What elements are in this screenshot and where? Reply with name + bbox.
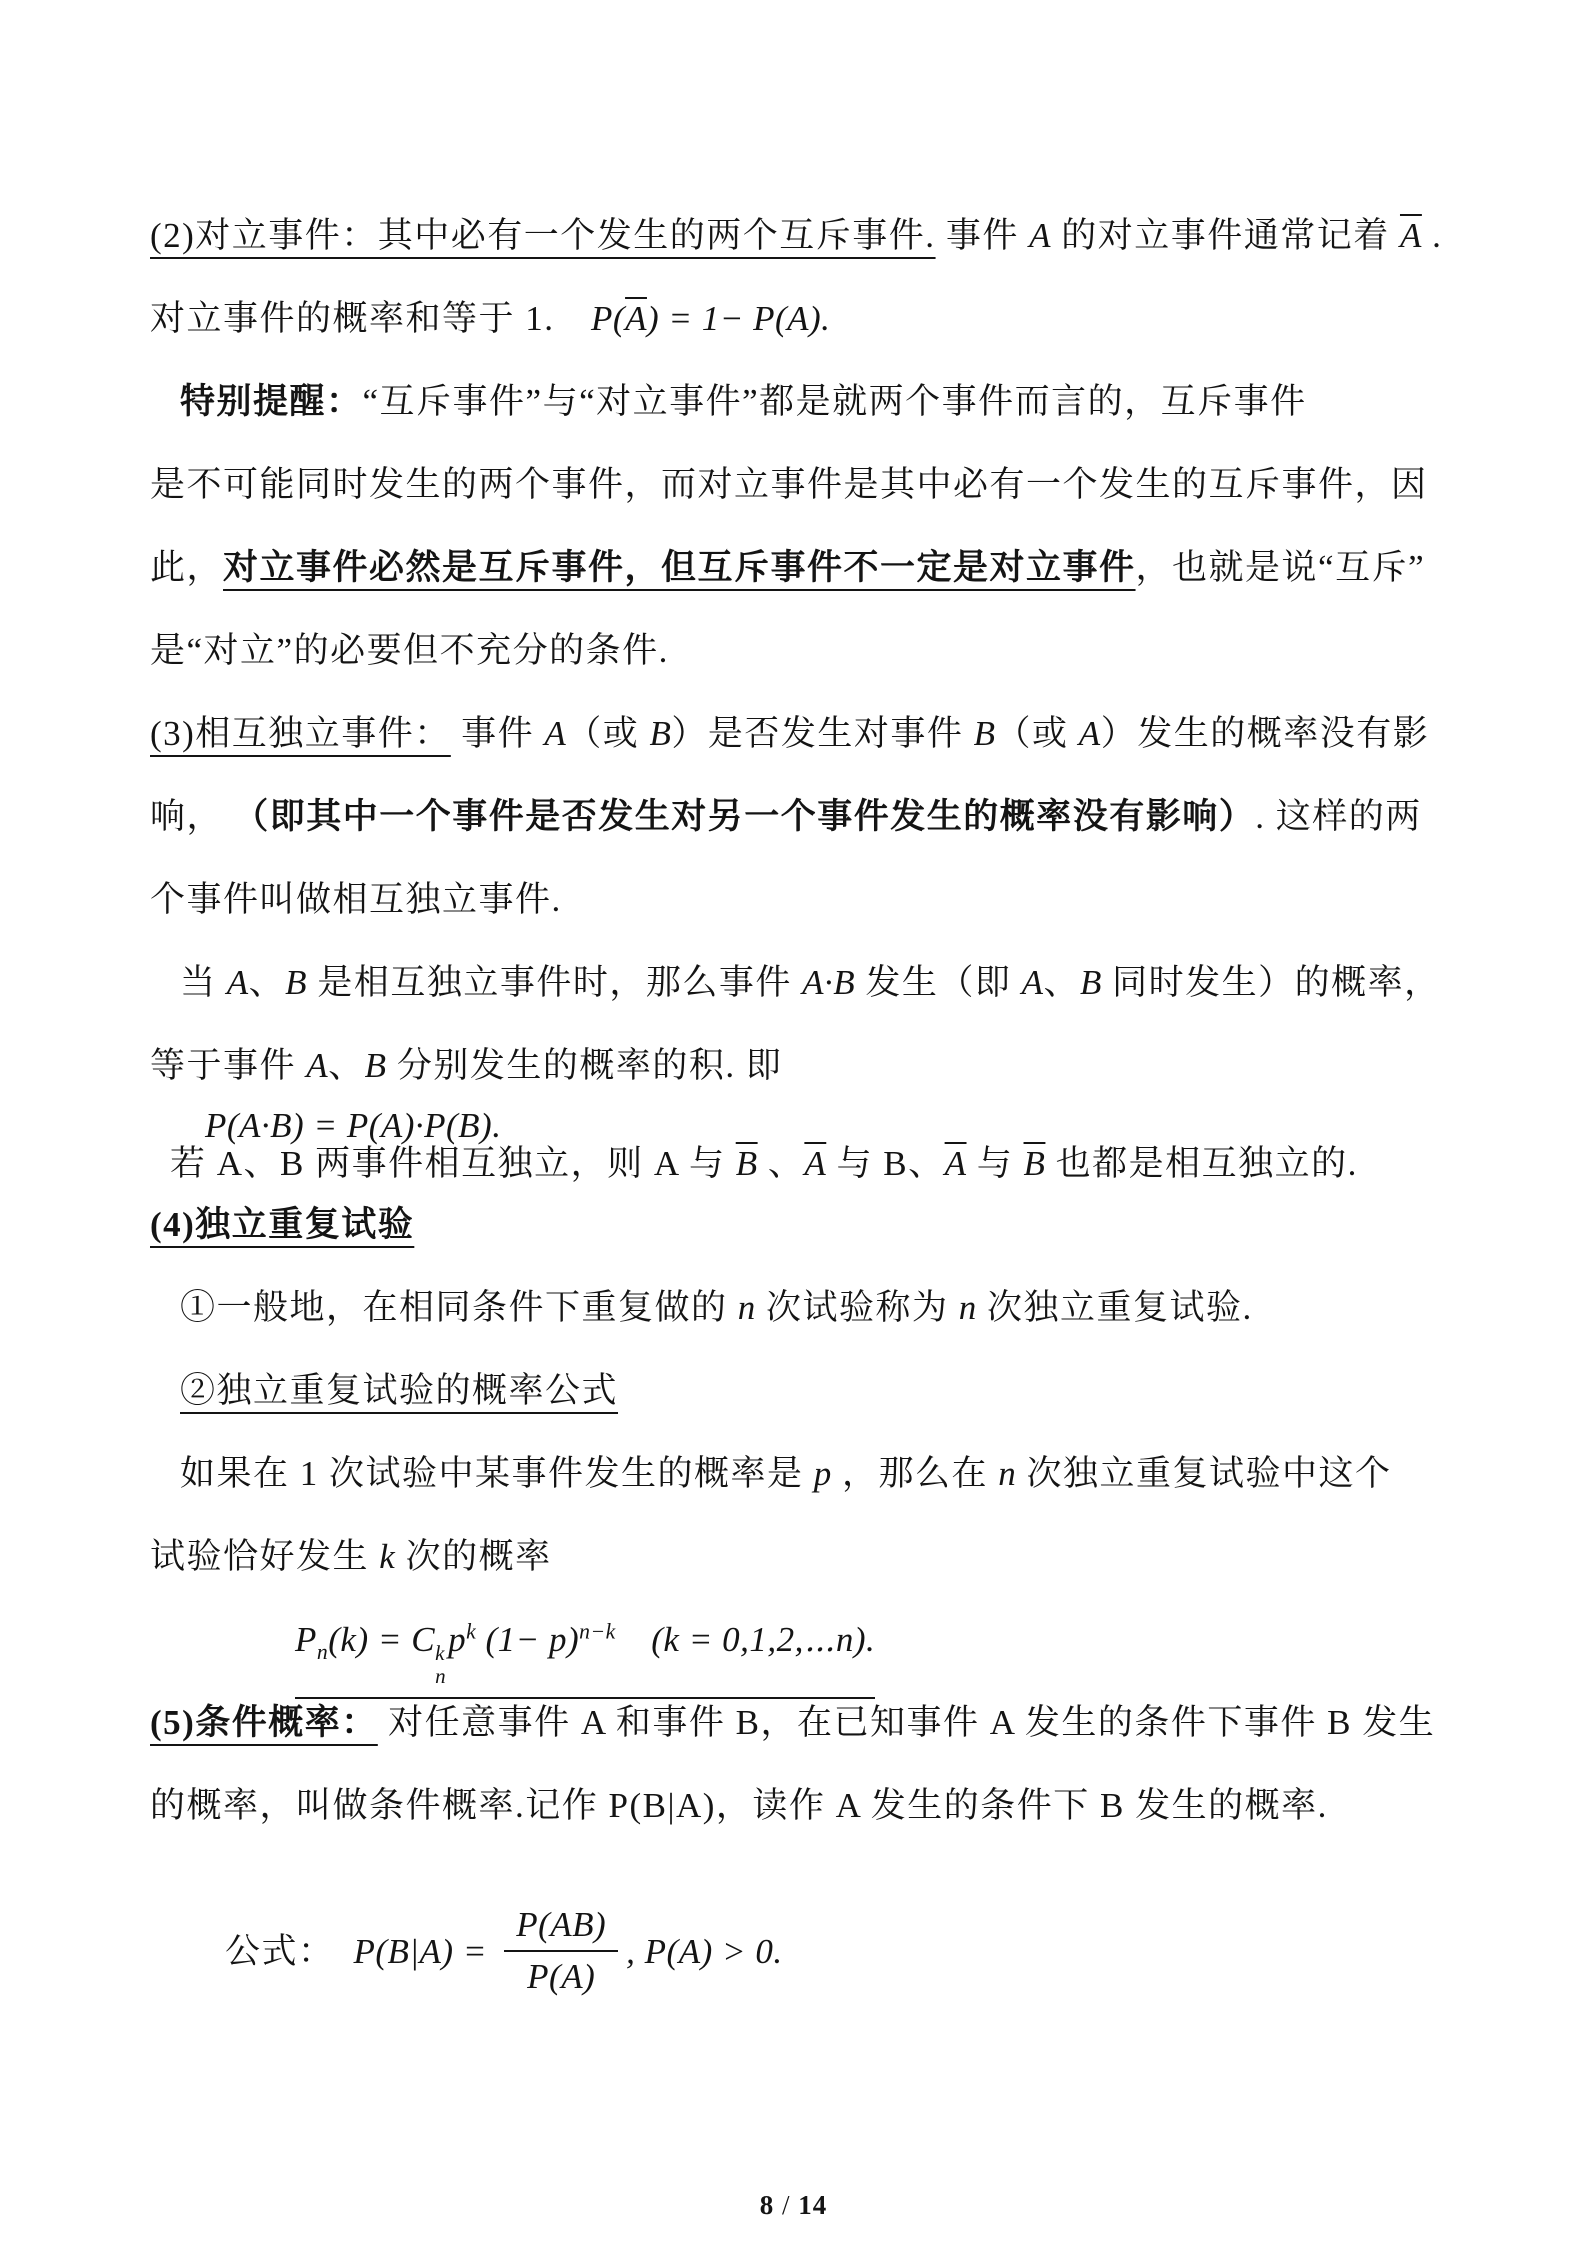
- document-body: (2)对立事件：其中必有一个发生的两个互斥事件. 事件 A 的对立事件通常记着 …: [150, 194, 1477, 2027]
- line-special-reminder-2: 是不可能同时发生的两个事件，而对立事件是其中必有一个发生的互斥事件，因: [150, 443, 1477, 526]
- text-run: A: [1400, 216, 1422, 255]
- text-run: C: [411, 1620, 435, 1659]
- text-run: 、: [328, 1046, 365, 1085]
- line-special-reminder-3: 此，对立事件必然是互斥事件，但互斥事件不一定是对立事件，也就是说“互斥”: [150, 526, 1477, 609]
- text-run: A·B: [802, 963, 855, 1002]
- text-run: .: [1422, 216, 1443, 255]
- text-run: P(: [591, 299, 625, 338]
- text-run: p: [448, 1620, 466, 1659]
- text-run: 是不可能同时发生的两个事件，而对立事件是其中必有一个发生的互斥事件，因: [150, 465, 1428, 504]
- text-run: A: [227, 963, 249, 1002]
- text-run: (5)条件概率：: [150, 1703, 378, 1742]
- text-run: n−k: [579, 1619, 616, 1643]
- text-run: ，那么在: [832, 1454, 999, 1493]
- text-run: 响，: [150, 797, 233, 836]
- text-run: 同时发生）的概率，: [1102, 963, 1441, 1002]
- fraction-numerator: P(AB): [504, 1903, 618, 1952]
- fraction-denominator: P(A): [504, 1952, 618, 1999]
- text-run: ②独立重复试验的概率公式: [180, 1371, 618, 1410]
- line-repeated-trials-2: ②独立重复试验的概率公式: [150, 1349, 1477, 1432]
- text-run: (3)相互独立事件：: [150, 714, 451, 753]
- line-opposite-event-def: (2)对立事件：其中必有一个发生的两个互斥事件. 事件 A 的对立事件通常记着 …: [150, 194, 1477, 277]
- text-run: ) =: [356, 1620, 411, 1659]
- text-run: 次独立重复试验中这个: [1016, 1454, 1391, 1493]
- text-run: p: [549, 1620, 567, 1659]
- text-run: ①一般地，在相同条件下重复做的: [180, 1288, 738, 1327]
- page-number-total: 14: [798, 2190, 827, 2220]
- fraction: P(AB)P(A): [504, 1903, 618, 1999]
- line-formula-conditional: 公式： P(B|A) = P(AB)P(A), P(A) > 0.: [150, 1877, 1477, 2027]
- text-run: k: [340, 1620, 356, 1659]
- text-run: 对立事件的概率和等于 1.: [150, 299, 591, 338]
- page-footer: 8 / 14: [0, 2190, 1587, 2221]
- line-independent-product-1: 当 A、B 是相互独立事件时，那么事件 A·B 发生（即 A、B 同时发生）的概…: [150, 941, 1477, 1024]
- text-run: 分别发生的概率的积. 即: [387, 1046, 783, 1085]
- text-run: （即其中一个事件是否发生对另一个事件发生的概率没有影响）: [233, 797, 1255, 836]
- text-run: 次独立重复试验.: [977, 1288, 1253, 1327]
- text-run: p: [814, 1454, 832, 1493]
- text-run: , P(A) > 0.: [626, 1932, 782, 1971]
- text-run: 特别提醒：: [180, 382, 363, 421]
- text-run: （或: [566, 714, 649, 753]
- text-run: 对任意事件 A 和事件 B，在已知事件 A 发生的条件下事件 B 发生: [378, 1703, 1435, 1742]
- text-run: B: [365, 1046, 387, 1085]
- line-repeated-trials-3: 如果在 1 次试验中某事件发生的概率是 p ，那么在 n 次独立重复试验中这个: [150, 1432, 1477, 1515]
- text-run: 如果在 1 次试验中某事件发生的概率是: [180, 1454, 814, 1493]
- text-run: . 这样的两: [1255, 797, 1422, 836]
- text-run: A: [787, 299, 809, 338]
- text-run: A: [306, 1046, 328, 1085]
- text-run: 是“对立”的必要但不充分的条件.: [150, 631, 669, 670]
- line-independent-event-def-1: (3)相互独立事件： 事件 A（或 B）是否发生对事件 B（或 A）发生的概率没…: [150, 692, 1477, 775]
- text-run: n: [998, 1454, 1016, 1493]
- text-run: ，也就是说“互斥”: [1136, 548, 1426, 587]
- text-run: A: [625, 299, 647, 338]
- text-run: P(A·B) = P(A)·P(B).: [205, 1106, 501, 1145]
- text-run: 与 B、: [826, 1144, 944, 1183]
- text-run: 、: [758, 1144, 805, 1183]
- text-run: 此，: [150, 548, 223, 587]
- text-run: (1−: [476, 1620, 549, 1659]
- text-run: B: [1080, 963, 1102, 1002]
- text-run: k: [663, 1620, 679, 1659]
- text-run: B: [736, 1144, 758, 1183]
- line-formula-product: P(A·B) = P(A)·P(B).: [150, 1107, 1477, 1145]
- line-conditional-prob-2: 的概率，叫做条件概率.记作 P(B|A)，读作 A 发生的条件下 B 发生的概率…: [150, 1764, 1477, 1847]
- text-run: P: [295, 1620, 317, 1659]
- text-run: 试验恰好发生: [150, 1537, 379, 1576]
- text-run: 发生（即: [855, 963, 1022, 1002]
- stack-superscript: k: [435, 1642, 446, 1665]
- text-run: 次的概率: [395, 1537, 551, 1576]
- text-run: A: [804, 1144, 826, 1183]
- text-run: n: [738, 1288, 756, 1327]
- text-run: ): [567, 1620, 579, 1659]
- text-run: B: [285, 963, 307, 1002]
- text-run: 、: [1044, 963, 1081, 1002]
- text-run: 公式：: [225, 1932, 354, 1971]
- text-run: B: [649, 714, 671, 753]
- text-run: 若 A、B 两事件相互独立，则 A 与: [170, 1144, 736, 1183]
- text-run: 个事件叫做相互独立事件.: [150, 880, 562, 919]
- line-independent-product-2: 等于事件 A、B 分别发生的概率的积. 即: [150, 1024, 1477, 1107]
- text-run: 与: [967, 1144, 1024, 1183]
- line-formula-binomial: Pn(k) = Cknpk (1− p)n−k (k = 0,1,2,⋯n).: [150, 1598, 1477, 1681]
- line-conditional-prob-1: (5)条件概率： 对任意事件 A 和事件 B，在已知事件 A 发生的条件下事件 …: [150, 1681, 1477, 1764]
- text-run: ）是否发生对事件: [671, 714, 973, 753]
- text-run: 当: [180, 963, 227, 1002]
- line-independent-event-def-3: 个事件叫做相互独立事件.: [150, 858, 1477, 941]
- text-run: （或: [996, 714, 1079, 753]
- text-run: 的概率，叫做条件概率.记作 P(B|A)，读作 A 发生的条件下 B 发生的概率…: [150, 1786, 1328, 1825]
- text-run: 对立事件必然是互斥事件，但互斥事件不一定是对立事件: [223, 548, 1136, 587]
- line-repeated-trials-heading: (4)独立重复试验: [150, 1183, 1477, 1266]
- text-run: ).: [809, 299, 830, 338]
- text-run: n: [836, 1620, 854, 1659]
- text-run: n: [317, 1640, 328, 1664]
- text-run: 也都是相互独立的.: [1045, 1144, 1358, 1183]
- line-opposite-event-prob: 对立事件的概率和等于 1. P(A) = 1− P(A).: [150, 277, 1477, 360]
- text-run: ）发生的概率没有影: [1101, 714, 1430, 753]
- text-run: B: [974, 714, 996, 753]
- text-run: (4)独立重复试验: [150, 1205, 414, 1244]
- text-run: B: [1024, 1144, 1046, 1183]
- line-special-reminder-1: 特别提醒：“互斥事件”与“对立事件”都是就两个事件而言的，互斥事件: [150, 360, 1477, 443]
- text-run: 事件: [936, 216, 1030, 255]
- text-run: 、: [249, 963, 286, 1002]
- text-run: A: [1029, 216, 1051, 255]
- line-repeated-trials-1: ①一般地，在相同条件下重复做的 n 次试验称为 n 次独立重复试验.: [150, 1266, 1477, 1349]
- text-run: ).: [854, 1620, 875, 1659]
- text-run: “互斥事件”与“对立事件”都是就两个事件而言的，互斥事件: [363, 382, 1307, 421]
- text-run: 的对立事件通常记着: [1051, 216, 1400, 255]
- text-run: A: [544, 714, 566, 753]
- line-independent-event-def-2: 响， （即其中一个事件是否发生对另一个事件发生的概率没有影响）. 这样的两: [150, 775, 1477, 858]
- text-run: 次试验称为: [756, 1288, 959, 1327]
- text-run: = 0,1,2,⋯: [679, 1620, 835, 1659]
- text-run: n: [959, 1288, 977, 1327]
- text-run: A: [1079, 714, 1101, 753]
- text-run: 是相互独立事件时，那么事件: [307, 963, 802, 1002]
- text-run: (: [328, 1620, 340, 1659]
- text-run: A: [1022, 963, 1044, 1002]
- text-run: ) = 1− P(: [647, 299, 787, 338]
- page-number-separator: /: [774, 2190, 798, 2220]
- line-independent-complement: 若 A、B 两事件相互独立，则 A 与 B 、A 与 B、A 与 B 也都是相互…: [150, 1145, 1477, 1183]
- text-run: 事件: [451, 714, 545, 753]
- line-repeated-trials-4: 试验恰好发生 k 次的概率: [150, 1515, 1477, 1598]
- text-run: 等于事件: [150, 1046, 306, 1085]
- line-special-reminder-4: 是“对立”的必要但不充分的条件.: [150, 609, 1477, 692]
- text-run: (2)对立事件：其中必有一个发生的两个互斥事件.: [150, 216, 936, 255]
- text-run: A: [945, 1144, 967, 1183]
- document-page: (2)对立事件：其中必有一个发生的两个互斥事件. 事件 A 的对立事件通常记着 …: [0, 0, 1587, 2245]
- text-run: k: [379, 1537, 395, 1576]
- text-run: (: [616, 1620, 664, 1659]
- page-number-current: 8: [760, 2190, 775, 2220]
- text-run: P(B|A) =: [354, 1932, 497, 1971]
- text-run: k: [466, 1619, 476, 1643]
